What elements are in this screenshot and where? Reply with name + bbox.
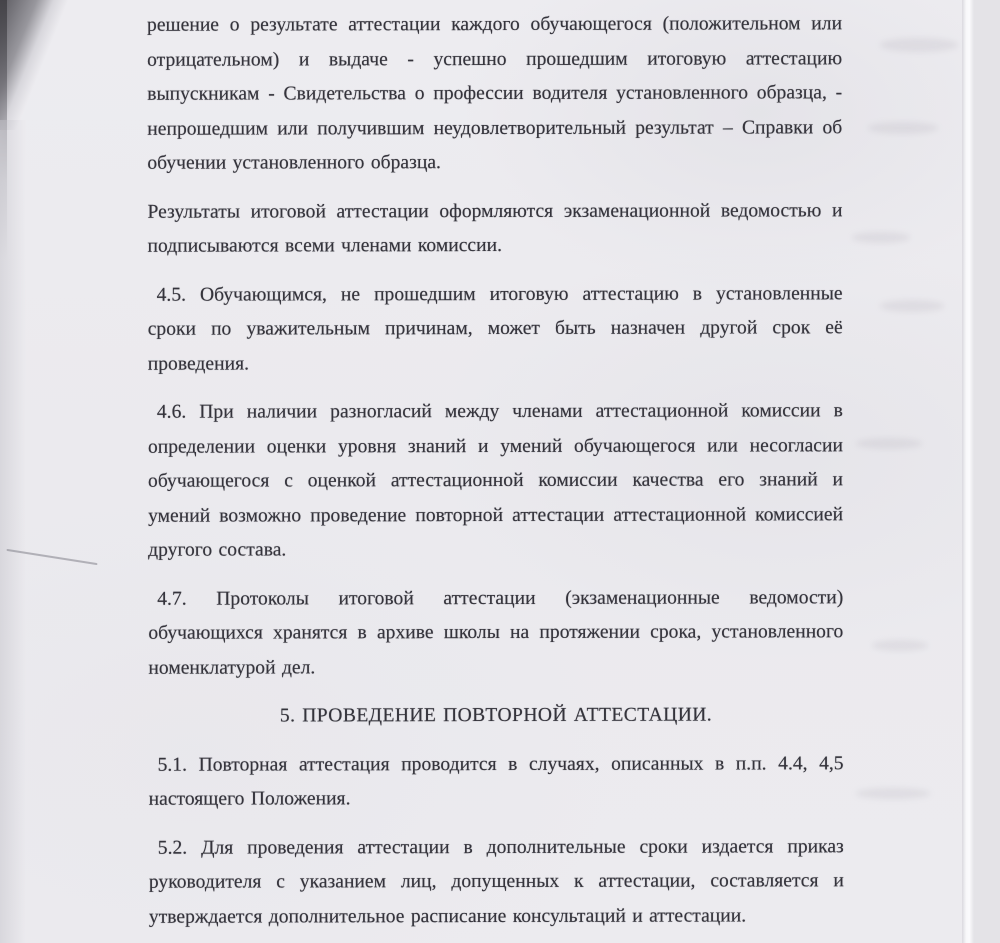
paragraph-results: Результаты итоговой аттестации оформляют… [147, 194, 842, 264]
section-5-heading: 5. ПРОВЕДЕНИЕ ПОВТОРНОЙ АТТЕСТАЦИИ. [148, 698, 843, 734]
document-text: решение о результате аттестации каждого … [147, 7, 844, 943]
ink-bleed-artifact [868, 122, 938, 134]
scanned-document-page: решение о результате аттестации каждого … [0, 0, 1000, 943]
ink-bleed-artifact [856, 788, 930, 799]
paragraph-continuation: решение о результате аттестации каждого … [147, 7, 842, 181]
paragraph-4-6: 4.6. При наличии разногласий между члена… [148, 394, 843, 568]
ink-bleed-artifact [880, 300, 944, 312]
ink-bleed-artifact [880, 38, 958, 52]
ink-bleed-artifact [872, 640, 928, 651]
corner-fold-shadow [0, 0, 70, 130]
ink-bleed-artifact [852, 232, 910, 243]
paragraph-5-1: 5.1. Повторная аттестация проводится в с… [149, 747, 844, 817]
paragraph-4-7: 4.7. Протоколы итоговой аттестации (экза… [148, 581, 843, 686]
ink-bleed-artifact [856, 438, 922, 449]
paragraph-4-5: 4.5. Обучающимся, не прошедшим итоговую … [148, 277, 843, 382]
page-right-edge [962, 0, 974, 943]
paragraph-5-2: 5.2. Для проведения аттестации в дополни… [149, 830, 844, 935]
left-edge-soft-shadow [0, 120, 26, 943]
